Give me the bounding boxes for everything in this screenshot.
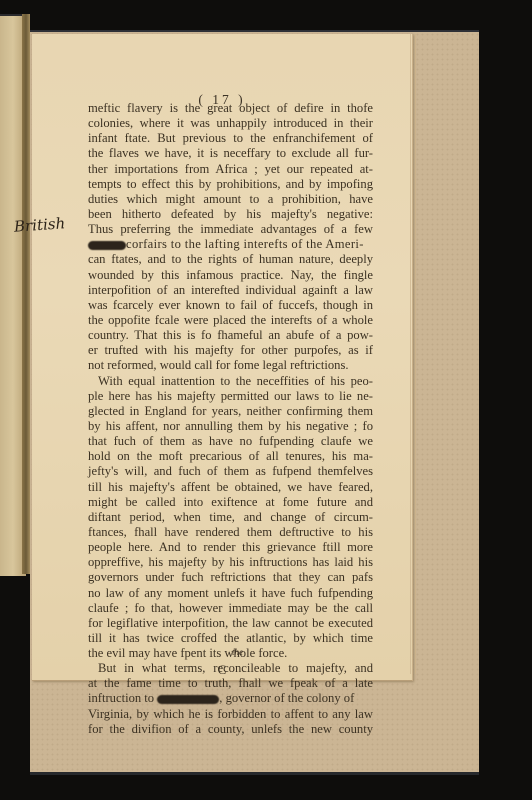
text-line: ftances, fhall have rendered them deftru… bbox=[88, 525, 373, 540]
handwritten-margin-note: British bbox=[13, 214, 65, 236]
text-line: Thus preferring the immediate advantages… bbox=[88, 222, 373, 237]
text-line: ple here has his majefty permitted our l… bbox=[88, 389, 373, 404]
text-line: er trufted with his majefty for other pu… bbox=[88, 343, 373, 358]
text-line: country. That this is fo fhameful an abu… bbox=[88, 328, 373, 343]
text-line: meftic flavery is the great object of de… bbox=[88, 101, 373, 116]
page-edge-rule bbox=[410, 34, 416, 674]
text-line: no law of any moment unlefs it have fuch… bbox=[88, 586, 373, 601]
handwritten-interline-note: the bbox=[232, 647, 243, 657]
text-line-rest: , governor of the colony of bbox=[219, 691, 354, 705]
text-line: colonies, where it was unhappily introdu… bbox=[88, 116, 373, 131]
text-line: that fuch of them as have no fufpending … bbox=[88, 434, 373, 449]
body-text: meftic flavery is the great object of de… bbox=[88, 101, 373, 737]
text-line: been hitherto defeated by his majefty's … bbox=[88, 207, 373, 222]
struck-word: his majefty's bbox=[157, 695, 219, 704]
text-line: hold on the moft precarious of all tenur… bbox=[88, 449, 373, 464]
book-page: ( 17 ) meftic flavery is the great objec… bbox=[32, 34, 413, 681]
text-line-with-strikeout: Britoncorfairs to the lafting interefts … bbox=[88, 237, 373, 252]
text-line-with-strikeout: inftruction to his majefty's, governor o… bbox=[88, 691, 373, 706]
text-line: by his affent, nor annulling them by his… bbox=[88, 419, 373, 434]
text-line: interpofition of an interefted individua… bbox=[88, 283, 373, 298]
text-line: the oppofite fcale were placed the inter… bbox=[88, 313, 373, 328]
text-line: people here. And to render this grievanc… bbox=[88, 540, 373, 555]
signature-mark: C bbox=[32, 662, 412, 678]
text-line: diftant period, when time, and change of… bbox=[88, 510, 373, 525]
book-gutter bbox=[22, 14, 30, 574]
text-line: jefty's will, and fuch of them as fufpen… bbox=[88, 464, 373, 479]
text-line-start: inftruction to bbox=[88, 691, 154, 705]
text-line: wounded by this infamous practice. Nay, … bbox=[88, 268, 373, 283]
text-line: the flaves we have, it is neceffary to e… bbox=[88, 146, 373, 161]
struck-word: Briton bbox=[88, 241, 126, 250]
text-line: claufe ; fo that, however immediate may … bbox=[88, 601, 373, 616]
text-line: not reformed, would call for fome legal … bbox=[88, 358, 373, 373]
text-line: ther importations from Africa ; yet our … bbox=[88, 162, 373, 177]
text-line-rest: corfairs to the lafting interefts of the… bbox=[126, 237, 364, 251]
text-line: till his majefty's affent be obtained, w… bbox=[88, 480, 373, 495]
text-line: tempts to effect this by prohibitions, a… bbox=[88, 177, 373, 192]
text-line: Virginia, by which he is forbidden to af… bbox=[88, 707, 373, 722]
text-line: governors under fuch reftrictions that t… bbox=[88, 570, 373, 585]
text-line: the evil may have fpent its whole force. bbox=[88, 646, 373, 661]
text-line: till it has twice croffed the atlantic, … bbox=[88, 631, 373, 646]
text-line: can ftates, and to the rights of human n… bbox=[88, 252, 373, 267]
text-line: oppreffive, his majefty by his inftructi… bbox=[88, 555, 373, 570]
text-line: duties which might amount to a prohibiti… bbox=[88, 192, 373, 207]
text-line: for legiflative interpofition, the law c… bbox=[88, 616, 373, 631]
text-line: With equal inattention to the neceffitie… bbox=[88, 374, 373, 389]
text-line: at the fame time to truth, fhall we fpea… bbox=[88, 676, 373, 691]
text-line: for the divifion of a county, unlefs the… bbox=[88, 722, 373, 737]
text-line: glected in England for years, neither co… bbox=[88, 404, 373, 419]
text-line: infant ftate. But previous to the enfran… bbox=[88, 131, 373, 146]
text-line: was fcarcely ever known to fail of fucce… bbox=[88, 298, 373, 313]
text-line: might be called into exiftence at fome f… bbox=[88, 495, 373, 510]
